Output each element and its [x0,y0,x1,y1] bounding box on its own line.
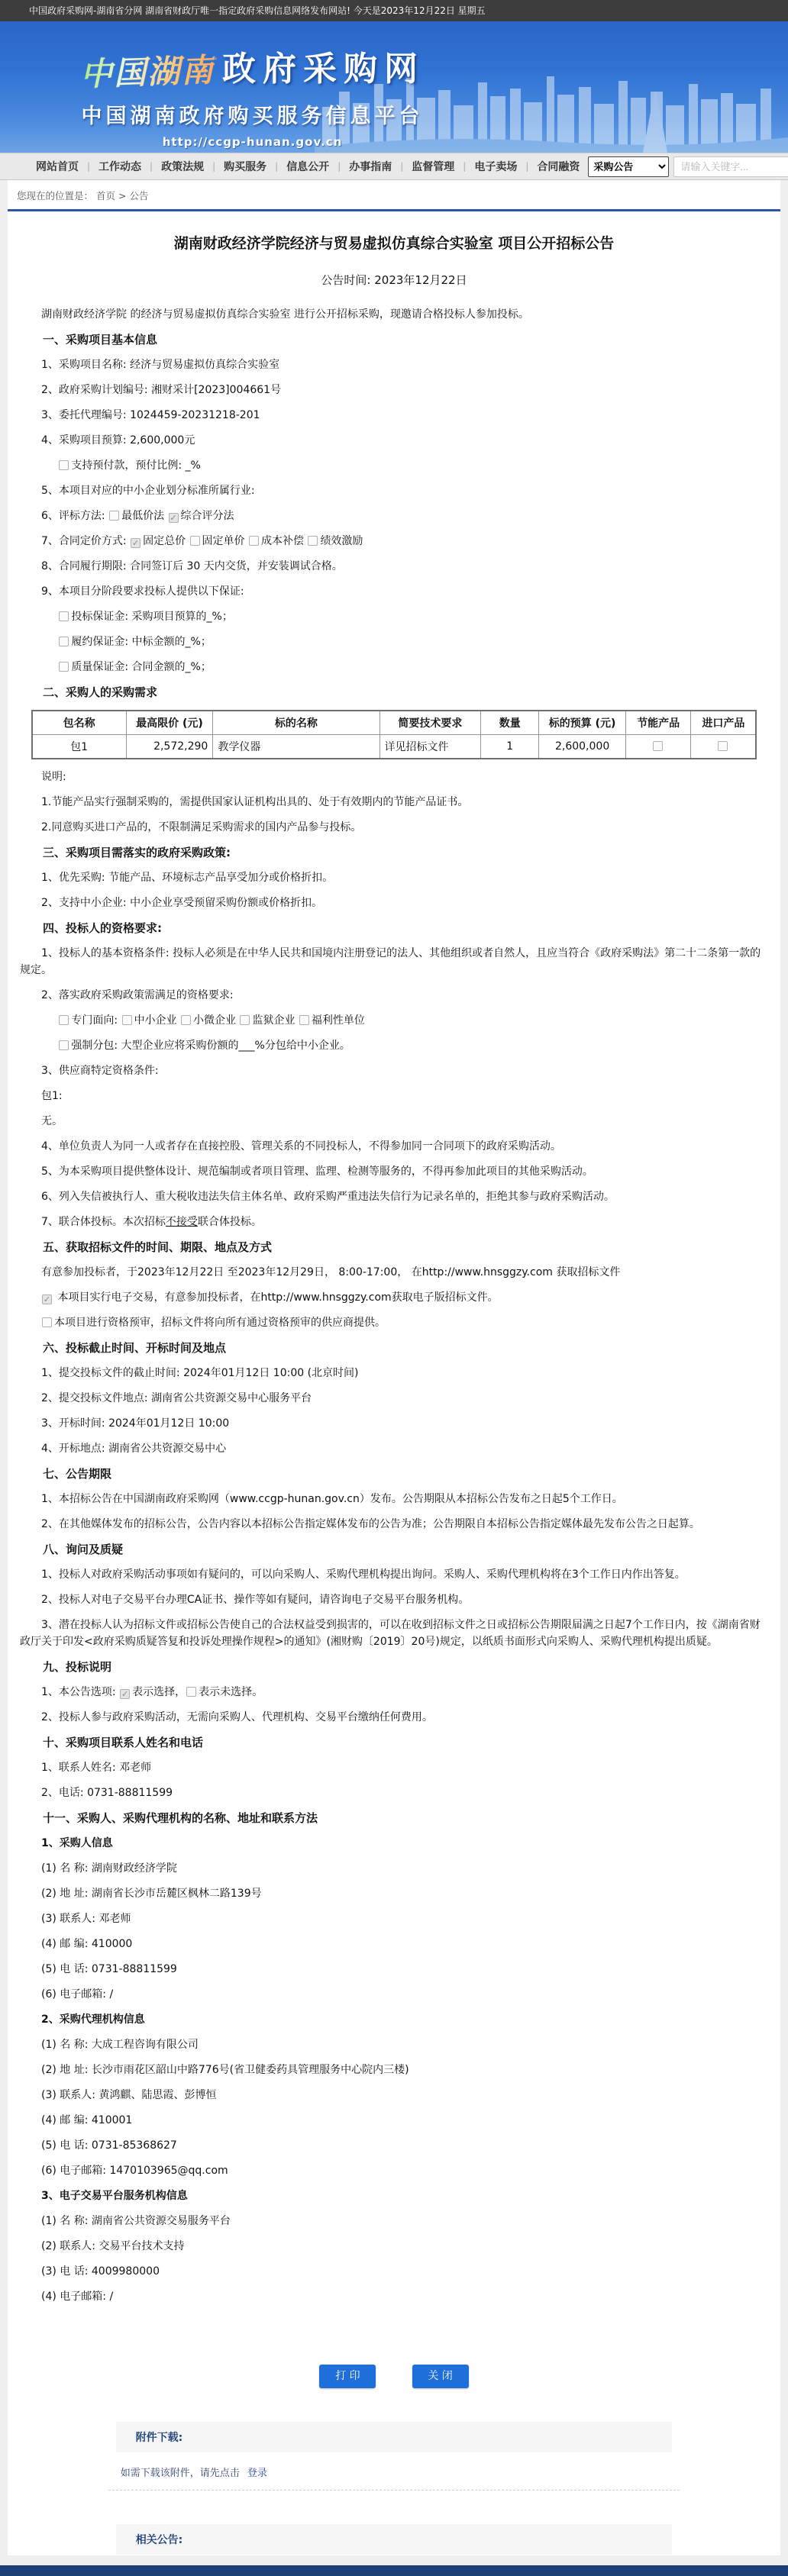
checkbox-unchecked-icon [299,1015,309,1025]
paragraph: 无。 [20,1113,768,1130]
paragraph: 7、合同定价方式: ✓固定总价 固定单价 成本补偿 绩效激励 [20,533,768,550]
nav-item-contract-finance[interactable]: 合同融资 [528,159,588,174]
section-heading: 四、投标人的资格要求: [20,920,768,937]
attachments-login-note: 如需下载该附件，请先点击 登录 [116,2465,673,2479]
action-buttons: 打 印 关 闭 [20,2365,768,2388]
paragraph: 4、采购项目预算: 2,600,000元 [20,432,768,449]
paragraph: (6) 电子邮箱: / [20,1986,768,2003]
table-header-cell: 最高限价 (元) [126,711,213,735]
checkbox-unchecked-icon [59,611,69,621]
table-cell: 教学仪器 [213,734,379,759]
paragraph: 1、投标人的基本资格条件: 投标人必须是在中华人民共和国境内注册登记的法人、其他… [20,945,768,978]
paragraph: 5、本项目对应的中小企业划分标准所属行业: [20,482,768,499]
table-header-cell: 进口产品 [691,711,756,735]
paragraph: 3、委托代理编号: 1024459-20231218-201 [20,407,768,424]
search-category-select[interactable]: 采购公告 [588,156,669,177]
page-title: 湖南财政经济学院经济与贸易虚拟仿真综合实验室 项目公开招标公告 [50,233,738,255]
paragraph: 2.同意购买进口产品的，不限制满足采购需求的国内产品参与投标。 [20,819,768,836]
section-heading: 七、公告期限 [20,1465,768,1482]
underlined-text: 不接受 [166,1216,198,1228]
checkbox-unchecked-icon [109,511,119,521]
paragraph: (6) 电子邮箱: 1470103965@qq.com [20,2162,768,2179]
paragraph: 1、优先采购: 节能产品、环境标志产品享受加分或价格折扣。 [20,869,768,886]
paragraph: 7、联合体投标。本次招标不接受联合体投标。 [20,1214,768,1230]
banner-url: http://ccgp-hunan.gov.cn [80,135,425,149]
intro-paragraph: 湖南财政经济学院 的经济与贸易虚拟仿真综合实验室 进行公开招标采购，现邀请合格投… [20,306,768,323]
paragraph: 6、列入失信被执行人、重大税收违法失信主体名单、政府采购严重违法失信行为记录名单… [20,1188,768,1205]
paragraph: 2、在其他媒体发布的招标公告，公告内容以本招标公告指定媒体发布的公告为准；公告期… [20,1516,768,1533]
checkbox-unchecked-icon [308,536,318,546]
checkbox-checked-icon: ✓ [131,538,140,548]
table-header-cell: 数量 [481,711,539,735]
table-cell: 1 [481,734,539,759]
paragraph: 2、支持中小企业: 中小企业享受预留采购份额或价格折扣。 [20,895,768,911]
checkbox-unchecked-icon [59,460,69,470]
paragraph: 6、评标方法: 最低价法 ✓综合评分法 [20,508,768,524]
nav-item-home[interactable]: 网站首页 [27,159,87,174]
paragraph: 9、本项目分阶段要求投标人提供以下保证: [20,583,768,600]
section-heading: 三、采购项目需落实的政府采购政策: [20,844,768,861]
paragraph: (2) 地 址: 湖南省长沙市岳麓区枫林二路139号 [20,1885,768,1902]
content-panel: 您现在的位置是： 首页 > 公告 湖南财政经济学院经济与贸易虚拟仿真综合实验室 … [8,180,780,2555]
nav-item-e-mall[interactable]: 电子卖场 [466,159,525,174]
paragraph: 3、供应商特定资格条件: [20,1062,768,1079]
paragraph: (4) 邮 编: 410001 [20,2112,768,2129]
paragraph: 2、落实政府采购政策需满足的资格要求: [20,987,768,1004]
table-header-cell: 标的名称 [213,711,379,735]
attachments-note-text: 如需下载该附件，请先点击 [121,2468,240,2479]
nav-item-guide[interactable]: 办事指南 [341,159,400,174]
table-header-cell: 包名称 [32,711,126,735]
section-heading: 六、投标截止时间、开标时间及地点 [20,1340,768,1356]
paragraph: 本项目进行资格预审，招标文件将向所有通过资格预审的供应商提供。 [20,1314,768,1331]
checkbox-unchecked-icon [186,1687,196,1697]
search-input[interactable] [673,156,788,177]
dotted-divider [108,2490,680,2491]
table-cell: 2,572,290 [126,734,213,759]
section-heading: 二、采购人的采购需求 [20,684,768,701]
paragraph: 有意参加投标者，于2023年12月22日 至2023年12月29日， 8:00-… [20,1264,768,1281]
paragraph: 1、联系人姓名: 邓老师 [20,1759,768,1776]
paragraph: 专门面向: 中小企业 小微企业 监狱企业 福利性单位 [20,1012,768,1029]
table-header-cell: 简要技术要求 [379,711,481,735]
paragraph: 1、采购项目名称: 经济与贸易虚拟仿真综合实验室 [20,356,768,373]
paragraph: 4、开标地点: 湖南省公共资源交易中心 [20,1440,768,1457]
attachments-header: 附件下载: [116,2422,673,2452]
table-header-cell: 节能产品 [626,711,691,735]
paragraph: 说明: [20,769,768,785]
announcement-article: 湖南财政经济学院经济与贸易虚拟仿真综合实验室 项目公开招标公告 公告时间: 20… [8,233,780,2388]
paragraph: 投标保证金: 采购项目预算的_%； [20,608,768,625]
section-heading: 五、获取招标文件的时间、期限、地点及方式 [20,1239,768,1256]
paragraph: 3、潜在投标人认为招标文件或招标公告使自己的合法权益受到损害的，可以在收到招标文… [20,1617,768,1650]
paragraph: 2、政府采购计划编号: 湘财采计[2023]004661号 [20,382,768,398]
print-button[interactable]: 打 印 [319,2365,376,2388]
paragraph: (4) 邮 编: 410000 [20,1936,768,1952]
checkbox-unchecked-icon [718,741,728,751]
paragraph: 3、开标时间: 2024年01月12日 10:00 [20,1415,768,1432]
paragraph: 支持预付款，预付比例: _% [20,457,768,474]
table-cell [691,734,756,759]
paragraph: 1、本招标公告在中国湖南政府采购网（www.ccgp-hunan.gov.cn）… [20,1491,768,1507]
checkbox-unchecked-icon [249,536,259,546]
article-body: 一、采购项目基本信息1、采购项目名称: 经济与贸易虚拟仿真综合实验室2、政府采购… [20,331,768,2305]
section-heading: 九、投标说明 [20,1659,768,1675]
paragraph: 1、提交投标文件的截止时间: 2024年01月12日 10:00 (北京时间) [20,1365,768,1381]
breadcrumb-current: 公告 [129,190,148,202]
paragraph: 2、投标人对电子交易平台办理CA证书、操作等如有疑问，请咨询电子交易平台服务机构… [20,1591,768,1608]
paragraph: 2、提交投标文件地点: 湖南省公共资源交易中心服务平台 [20,1390,768,1407]
paragraph: (4) 电子邮箱: / [20,2288,768,2305]
section-heading: 十、采购项目联系人姓名和电话 [20,1734,768,1751]
table-cell: 包1 [32,734,126,759]
paragraph: 包1: [20,1088,768,1104]
table-header-cell: 标的预算 (元) [539,711,626,735]
table-cell: 2,600,000 [539,734,626,759]
table-row: 包12,572,290教学仪器详见招标文件12,600,000 [32,734,757,759]
breadcrumb-separator: > [118,190,126,202]
checkbox-unchecked-icon [240,1015,250,1025]
table-cell: 详见招标文件 [379,734,481,759]
section-heading: 八、询问及质疑 [20,1541,768,1558]
paragraph: 2、电话: 0731-88811599 [20,1785,768,1801]
checkbox-unchecked-icon [59,637,69,646]
sub-heading: 3、电子交易平台服务机构信息 [20,2188,768,2204]
paragraph: (3) 联系人: 邓老师 [20,1910,768,1927]
breadcrumb-prefix: 您现在的位置是： [17,190,93,202]
paragraph: (3) 电 话: 4009980000 [20,2263,768,2280]
page-footer [0,2565,788,2576]
site-logo-title: 政府采购网 [222,41,425,90]
paragraph: (2) 联系人: 交易平台技术支持 [20,2238,768,2255]
checkbox-checked-icon: ✓ [120,1689,130,1699]
search-box: 采购公告 [588,156,788,177]
checkbox-unchecked-icon [59,662,69,672]
nav-item-purchase-service[interactable]: 购买服务 [215,159,275,174]
topbar-notice: 中国政府采购网-湖南省分网 湖南省财政厅唯一指定政府采购信息网络发布网站! 今天… [0,0,788,21]
title-divider [8,209,780,211]
banner-subtitle: 中国湖南政府购买服务信息平台 [80,99,425,129]
section-heading: 一、采购项目基本信息 [20,331,768,348]
checkbox-checked-icon: ✓ [42,1294,52,1304]
checkbox-unchecked-icon [181,1015,191,1025]
site-logo-calligraphy: 中国湖南 [79,45,215,95]
paragraph: (2) 地 址: 长沙市雨花区韶山中路776号(省卫健委药具管理服务中心院内三楼… [20,2062,768,2078]
paragraph: (5) 电 话: 0731-85368627 [20,2137,768,2154]
checkbox-unchecked-icon [190,536,200,546]
checkbox-unchecked-icon [59,1015,69,1025]
table-cell [626,734,691,759]
nav-item-info-disclosure[interactable]: 信息公开 [278,159,337,174]
paragraph: 强制分包: 大型企业应将采购份额的___%分包给中小企业。 [20,1037,768,1054]
paragraph: 2、投标人参与政府采购活动，无需向采购人、代理机构、交易平台缴纳任何费用。 [20,1709,768,1726]
checkbox-unchecked-icon [653,741,663,751]
sub-heading: 1、采购人信息 [20,1835,768,1852]
paragraph: 质量保证金: 合同金额的_%； [20,659,768,675]
demand-table: 包名称最高限价 (元)标的名称简要技术要求数量标的预算 (元)节能产品进口产品包… [31,710,757,759]
paragraph: ✓ 本项目实行电子交易，有意参加投标者，在http://www.hnsggzy.… [20,1289,768,1306]
paragraph: 4、单位负责人为同一人或者存在直接控股、管理关系的不同投标人，不得参加同一合同项… [20,1138,768,1155]
breadcrumb-home-link[interactable]: 首页 [96,190,115,202]
nav-item-supervision[interactable]: 监督管理 [403,159,463,174]
paragraph: (5) 电 话: 0731-88811599 [20,1961,768,1978]
paragraph: 5、为本采购项目提供整体设计、规范编制或者项目管理、监理、检测等服务的，不得再参… [20,1163,768,1180]
paragraph: 履约保证金: 中标金额的_%； [20,634,768,650]
main-navbar: 网站首页|工作动态|政策法规|购买服务|信息公开|办事指南|监督管理|电子卖场|… [0,153,788,180]
paragraph: (1) 名 称: 湖南财政经济学院 [20,1860,768,1877]
paragraph: 1、本公告选项: ✓表示选择，表示未选择。 [20,1684,768,1701]
sub-heading: 2、采购代理机构信息 [20,2011,768,2028]
paragraph: 1、投标人对政府采购活动事项如有疑问的，可以向采购人、采购代理机构提出询问。采购… [20,1566,768,1583]
paragraph: (1) 名 称: 湖南省公共资源交易服务平台 [20,2213,768,2229]
nav-menu: 网站首页|工作动态|政策法规|购买服务|信息公开|办事指南|监督管理|电子卖场|… [27,159,588,174]
login-link[interactable]: 登录 [247,2468,267,2479]
section-heading: 十一、采购人、采购代理机构的名称、地址和联系方法 [20,1810,768,1826]
table-header-row: 包名称最高限价 (元)标的名称简要技术要求数量标的预算 (元)节能产品进口产品 [32,711,757,735]
checkbox-unchecked-icon [122,1015,132,1025]
publish-time: 公告时间: 2023年12月22日 [20,272,768,288]
site-banner: 中国湖南政府采购网 中国湖南政府购买服务信息平台 http://ccgp-hun… [0,21,788,153]
paragraph: (3) 联系人: 黄鸿麒、陆思霞、彭博恒 [20,2087,768,2104]
related-announcements-header: 相关公告: [116,2524,673,2555]
breadcrumb: 您现在的位置是： 首页 > 公告 [8,180,780,209]
paragraph: 8、合同履行期限: 合同签订后 30 天内交货，并安装调试合格。 [20,558,768,575]
paragraph: 1.节能产品实行强制采购的，需提供国家认证机构出具的、处于有效期内的节能产品证书… [20,794,768,811]
checkbox-unchecked-icon [59,1040,69,1050]
nav-item-policy[interactable]: 政策法规 [153,159,212,174]
close-button[interactable]: 关 闭 [412,2365,469,2388]
nav-item-work-news[interactable]: 工作动态 [90,159,150,174]
checkbox-unchecked-icon [42,1317,52,1327]
checkbox-checked-icon: ✓ [169,513,179,523]
paragraph: (1) 名 称: 大成工程咨询有限公司 [20,2036,768,2053]
